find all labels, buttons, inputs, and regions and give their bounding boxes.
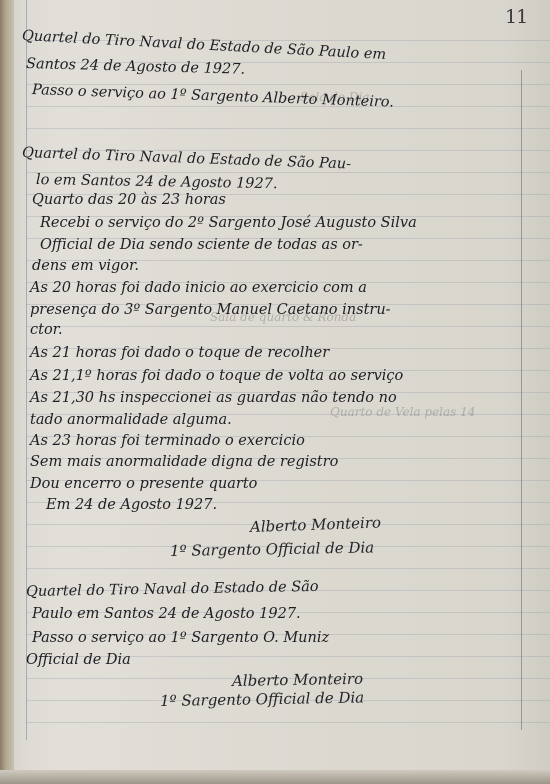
page-bottom-edge [0, 770, 550, 784]
entry-line: Paulo em Santos 24 de Agosto 1927. [32, 606, 301, 622]
entry-line: Official de Dia sendo sciente de todas a… [40, 237, 363, 253]
entry-line: Santos 24 de Agosto de 1927. [26, 56, 245, 78]
entry-line: Quartel do Tiro Naval do Estado de São [26, 579, 319, 600]
signature: Alberto Monteiro [232, 670, 363, 690]
entry-line: Recebi o serviço do 2º Sargento José Aug… [40, 215, 417, 231]
entry-line: As 21,1º horas foi dado o toque de volta… [30, 368, 403, 384]
ledger-page: 11 Sala do Dia Quarto de Vela pelas 14 S… [0, 0, 550, 784]
entry-line: tado anormalidade alguma. [30, 412, 232, 428]
ruled-line [26, 568, 550, 569]
signature-title: 1º Sargento Official de Dia [160, 688, 364, 710]
signature-title: 1º Sargento Official de Dia [170, 538, 374, 560]
entry-line: dens em vigor. [32, 258, 139, 274]
entry-line: Sem mais anormalidade digna de registro [30, 454, 338, 470]
right-margin-line [521, 70, 522, 730]
entry-line: presença do 3º Sargento Manuel Caetano i… [30, 302, 391, 318]
book-binding [0, 0, 14, 784]
entry-line: ctor. [30, 322, 63, 338]
page-number: 11 [505, 6, 527, 28]
entry-line: Passo o serviço ao 1º Sargento O. Muniz [32, 630, 329, 646]
entry-line: As 23 horas foi terminado o exercicio [30, 433, 305, 449]
ruled-line [26, 722, 550, 723]
entry-line: Official de Dia [26, 652, 131, 668]
bleed-through-text: Quarto de Vela pelas 14 [330, 405, 475, 419]
entry-line: As 20 horas foi dado inicio ao exercicio… [30, 280, 367, 296]
entry-line: As 21 horas foi dado o toque de recolher [30, 345, 329, 361]
entry-line: Dou encerro o presente quarto [30, 476, 257, 492]
ruled-line [26, 128, 550, 129]
left-margin-line [26, 0, 27, 740]
entry-line: lo em Santos 24 de Agosto 1927. [36, 172, 278, 192]
ruled-line [26, 326, 550, 327]
entry-line: Em 24 de Agosto 1927. [46, 497, 217, 513]
entry-line: Quarto das 20 às 23 horas [32, 192, 226, 208]
signature: Alberto Monteiro [250, 513, 382, 536]
entry-line: As 21,30 hs inspeccionei as guardas não … [30, 390, 397, 406]
